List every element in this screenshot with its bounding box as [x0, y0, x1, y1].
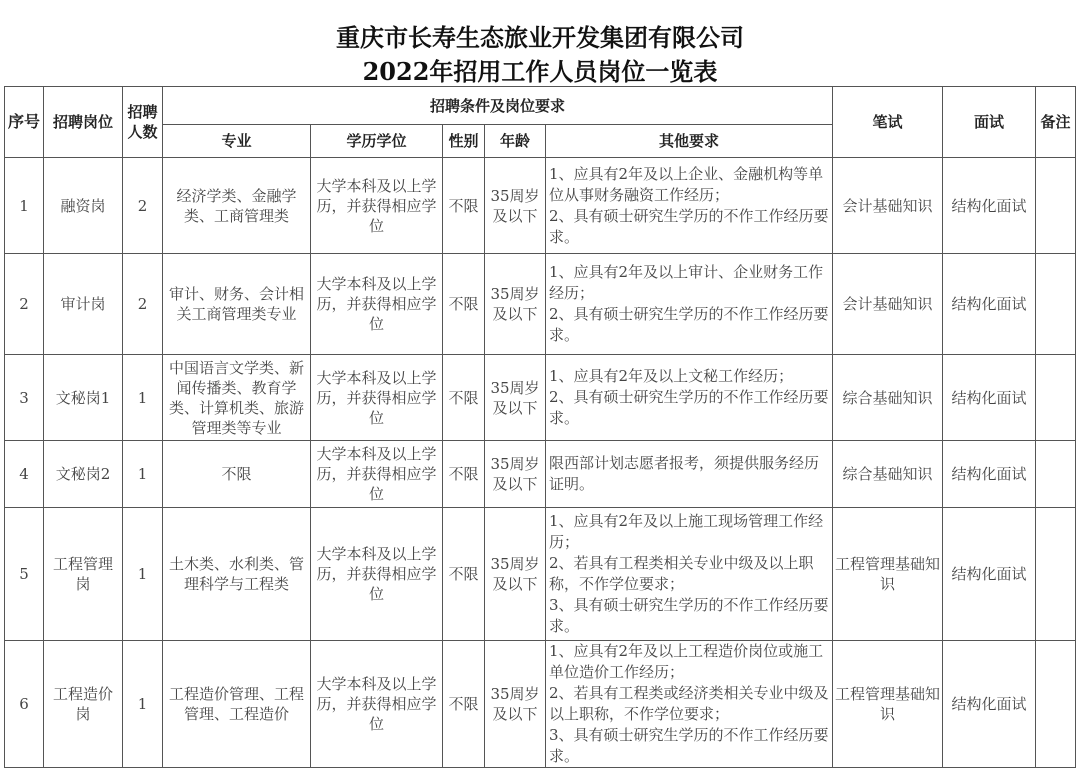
header-notes: 备注	[1036, 87, 1076, 158]
table-row: 2 审计岗 2 审计、财务、会计相关工商管理类专业 大学本科及以上学历，并获得相…	[5, 254, 1076, 355]
cell-other: 限西部计划志愿者报考，须提供服务经历证明。	[546, 441, 833, 508]
header-other: 其他要求	[546, 125, 833, 158]
cell-major: 经济学类、金融学类、工商管理类	[163, 158, 311, 254]
header-index: 序号	[5, 87, 44, 158]
cell-notes	[1036, 641, 1076, 768]
cell-position: 工程管理岗	[44, 508, 123, 641]
cell-index: 5	[5, 508, 44, 641]
table-row: 1 融资岗 2 经济学类、金融学类、工商管理类 大学本科及以上学历，并获得相应学…	[5, 158, 1076, 254]
cell-age: 35周岁及以下	[485, 158, 546, 254]
cell-count: 2	[123, 158, 163, 254]
table-row: 5 工程管理岗 1 土木类、水利类、管理科学与工程类 大学本科及以上学历，并获得…	[5, 508, 1076, 641]
cell-age: 35周岁及以下	[485, 355, 546, 441]
header-interview: 面试	[943, 87, 1036, 158]
cell-other: 1、应具有2年及以上企业、金融机构等单位从事财务融资工作经历； 2、具有硕士研究…	[546, 158, 833, 254]
cell-index: 1	[5, 158, 44, 254]
cell-other: 1、应具有2年及以上工程造价岗位或施工单位造价工作经历； 2、若具有工程类或经济…	[546, 641, 833, 768]
requirement-line: 3、具有硕士研究生学历的不作工作经历要求。	[549, 595, 830, 637]
cell-position: 文秘岗1	[44, 355, 123, 441]
cell-position: 文秘岗2	[44, 441, 123, 508]
cell-count: 1	[123, 355, 163, 441]
requirement-line: 1、应具有2年及以上工程造价岗位或施工单位造价工作经历；	[549, 641, 830, 683]
positions-table: 序号 招聘岗位 招聘人数 招聘条件及岗位要求 笔试 面试 备注 专业 学历学位 …	[4, 86, 1076, 768]
cell-written-exam: 会计基础知识	[833, 158, 943, 254]
header-education: 学历学位	[311, 125, 443, 158]
cell-position: 审计岗	[44, 254, 123, 355]
cell-written-exam: 综合基础知识	[833, 441, 943, 508]
cell-notes	[1036, 158, 1076, 254]
cell-age: 35周岁及以下	[485, 508, 546, 641]
cell-notes	[1036, 441, 1076, 508]
requirement-line: 1、应具有2年及以上施工现场管理工作经历；	[549, 511, 830, 553]
header-age: 年龄	[485, 125, 546, 158]
cell-count: 1	[123, 641, 163, 768]
cell-count: 2	[123, 254, 163, 355]
cell-gender: 不限	[443, 641, 485, 768]
table-row: 3 文秘岗1 1 中国语言文学类、新闻传播类、教育学类、计算机类、旅游管理类等专…	[5, 355, 1076, 441]
requirement-line: 2、具有硕士研究生学历的不作工作经历要求。	[549, 387, 830, 429]
cell-gender: 不限	[443, 158, 485, 254]
cell-education: 大学本科及以上学历，并获得相应学位	[311, 254, 443, 355]
document-title: 重庆市长寿生态旅业开发集团有限公司	[0, 18, 1080, 53]
cell-other: 1、应具有2年及以上施工现场管理工作经历； 2、若具有工程类相关专业中级及以上职…	[546, 508, 833, 641]
header-row-1: 序号 招聘岗位 招聘人数 招聘条件及岗位要求 笔试 面试 备注	[5, 87, 1076, 125]
requirement-line: 2、若具有工程类相关专业中级及以上职称，不作学位要求；	[549, 553, 830, 595]
cell-education: 大学本科及以上学历，并获得相应学位	[311, 641, 443, 768]
cell-interview: 结构化面试	[943, 441, 1036, 508]
cell-other: 1、应具有2年及以上文秘工作经历； 2、具有硕士研究生学历的不作工作经历要求。	[546, 355, 833, 441]
requirement-line: 限西部计划志愿者报考，须提供服务经历证明。	[549, 453, 830, 495]
cell-gender: 不限	[443, 254, 485, 355]
header-written-exam: 笔试	[833, 87, 943, 158]
header-conditions-group: 招聘条件及岗位要求	[163, 87, 833, 125]
cell-major: 不限	[163, 441, 311, 508]
requirement-line: 1、应具有2年及以上审计、企业财务工作经历；	[549, 262, 830, 304]
cell-major: 中国语言文学类、新闻传播类、教育学类、计算机类、旅游管理类等专业	[163, 355, 311, 441]
table-row: 4 文秘岗2 1 不限 大学本科及以上学历，并获得相应学位 不限 35周岁及以下…	[5, 441, 1076, 508]
requirement-line: 1、应具有2年及以上企业、金融机构等单位从事财务融资工作经历；	[549, 164, 830, 206]
cell-interview: 结构化面试	[943, 254, 1036, 355]
cell-interview: 结构化面试	[943, 158, 1036, 254]
header-position: 招聘岗位	[44, 87, 123, 158]
document-subtitle: 2022年招用工作人员岗位一览表	[0, 52, 1080, 87]
cell-position: 工程造价岗	[44, 641, 123, 768]
cell-education: 大学本科及以上学历，并获得相应学位	[311, 355, 443, 441]
requirement-line: 2、若具有工程类或经济类相关专业中级及以上职称，不作学位要求；	[549, 683, 830, 725]
requirement-line: 2、具有硕士研究生学历的不作工作经历要求。	[549, 304, 830, 346]
cell-education: 大学本科及以上学历，并获得相应学位	[311, 158, 443, 254]
cell-count: 1	[123, 508, 163, 641]
cell-notes	[1036, 355, 1076, 441]
cell-interview: 结构化面试	[943, 355, 1036, 441]
cell-major: 审计、财务、会计相关工商管理类专业	[163, 254, 311, 355]
header-major: 专业	[163, 125, 311, 158]
cell-age: 35周岁及以下	[485, 641, 546, 768]
cell-education: 大学本科及以上学历，并获得相应学位	[311, 508, 443, 641]
cell-major: 土木类、水利类、管理科学与工程类	[163, 508, 311, 641]
table-row: 6 工程造价岗 1 工程造价管理、工程管理、工程造价 大学本科及以上学历，并获得…	[5, 641, 1076, 768]
cell-age: 35周岁及以下	[485, 441, 546, 508]
cell-count: 1	[123, 441, 163, 508]
cell-index: 4	[5, 441, 44, 508]
cell-major: 工程造价管理、工程管理、工程造价	[163, 641, 311, 768]
cell-other: 1、应具有2年及以上审计、企业财务工作经历； 2、具有硕士研究生学历的不作工作经…	[546, 254, 833, 355]
cell-written-exam: 会计基础知识	[833, 254, 943, 355]
cell-interview: 结构化面试	[943, 508, 1036, 641]
cell-written-exam: 综合基础知识	[833, 355, 943, 441]
cell-gender: 不限	[443, 508, 485, 641]
cell-written-exam: 工程管理基础知识	[833, 508, 943, 641]
header-gender: 性别	[443, 125, 485, 158]
cell-index: 2	[5, 254, 44, 355]
cell-index: 6	[5, 641, 44, 768]
cell-gender: 不限	[443, 441, 485, 508]
cell-position: 融资岗	[44, 158, 123, 254]
cell-gender: 不限	[443, 355, 485, 441]
requirement-line: 2、具有硕士研究生学历的不作工作经历要求。	[549, 206, 830, 248]
cell-notes	[1036, 508, 1076, 641]
cell-index: 3	[5, 355, 44, 441]
requirement-line: 3、具有硕士研究生学历的不作工作经历要求。	[549, 725, 830, 767]
header-count: 招聘人数	[123, 87, 163, 158]
cell-written-exam: 工程管理基础知识	[833, 641, 943, 768]
requirement-line: 1、应具有2年及以上文秘工作经历；	[549, 366, 830, 387]
cell-notes	[1036, 254, 1076, 355]
cell-education: 大学本科及以上学历，并获得相应学位	[311, 441, 443, 508]
cell-interview: 结构化面试	[943, 641, 1036, 768]
cell-age: 35周岁及以下	[485, 254, 546, 355]
